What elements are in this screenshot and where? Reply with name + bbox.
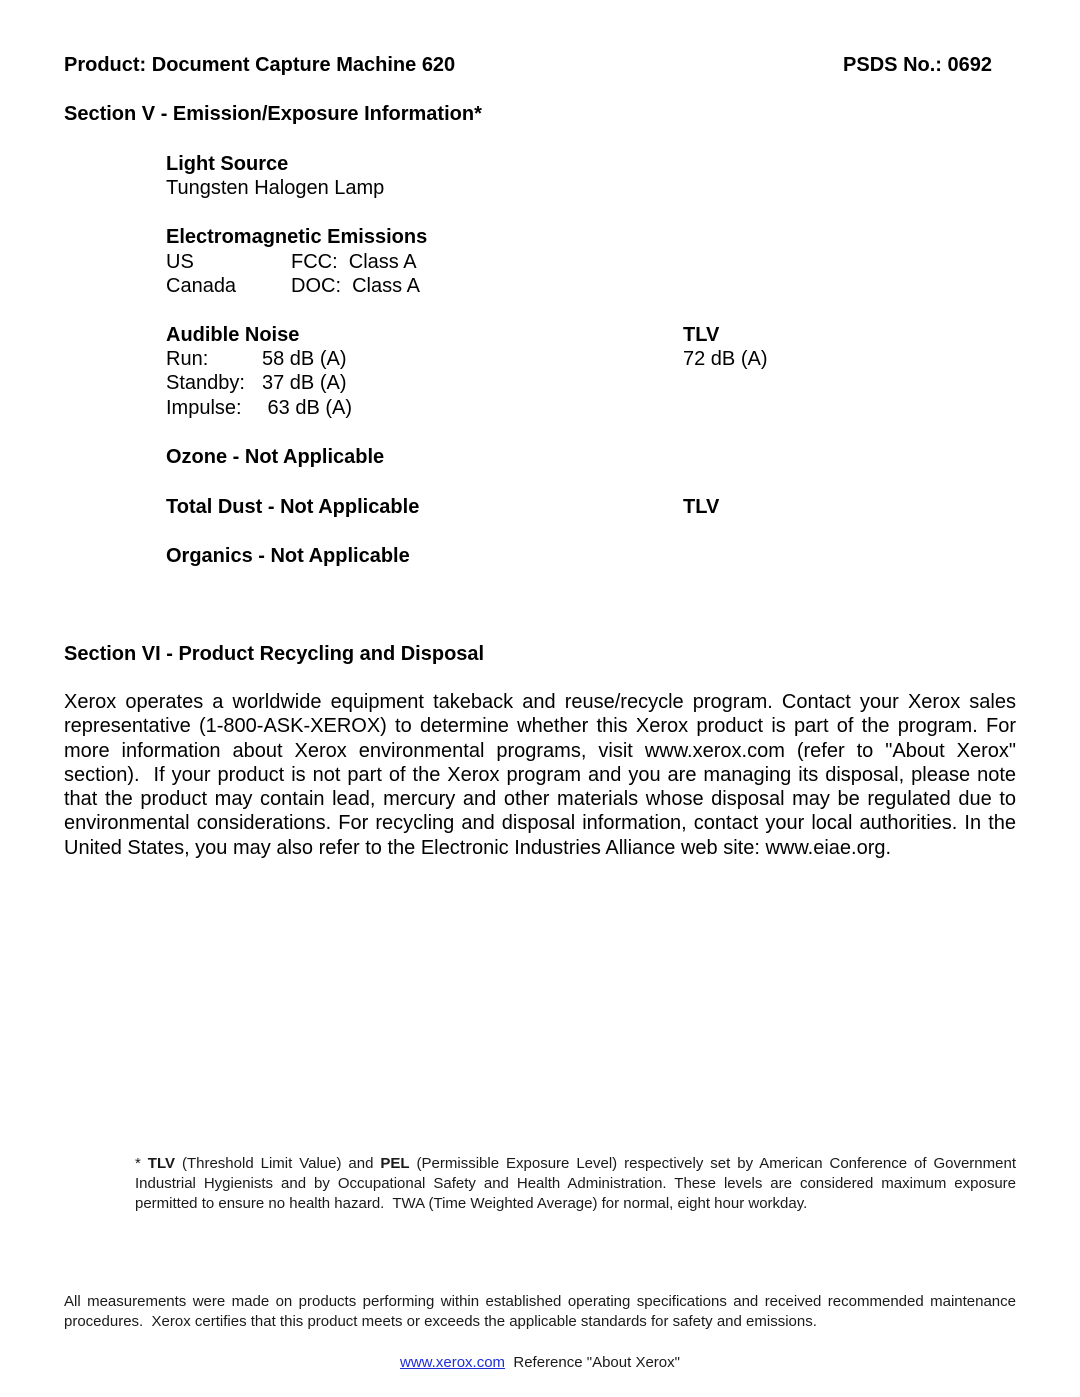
- noise-impulse-label: Impulse:: [166, 396, 242, 420]
- noise-tlv-value: 72 dB (A): [683, 347, 767, 371]
- em-row-us-class: FCC: Class A: [291, 250, 417, 274]
- noise-standby-label: Standby:: [166, 371, 245, 395]
- ozone-heading: Ozone - Not Applicable: [166, 445, 384, 469]
- xerox-link[interactable]: www.xerox.com: [400, 1354, 505, 1371]
- footnote-tlv-term: TLV: [148, 1155, 175, 1172]
- noise-tlv-heading: TLV: [683, 323, 719, 347]
- footer-reference: www.xerox.com Reference "About Xerox": [0, 1353, 1080, 1373]
- footnote-asterisk: *: [135, 1155, 148, 1172]
- footer-reference-text: Reference "About Xerox": [505, 1354, 680, 1371]
- noise-run-label: Run:: [166, 347, 208, 371]
- section-vi-title: Section VI - Product Recycling and Dispo…: [64, 642, 484, 666]
- em-row-canada-region: Canada: [166, 274, 236, 298]
- dust-tlv-heading: TLV: [683, 495, 719, 519]
- organics-heading: Organics - Not Applicable: [166, 544, 410, 568]
- noise-heading: Audible Noise: [166, 323, 299, 347]
- product-title: Product: Document Capture Machine 620: [64, 53, 455, 77]
- noise-run-value: 58 dB (A): [262, 347, 346, 371]
- em-row-canada-class: DOC: Class A: [291, 274, 420, 298]
- light-source-heading: Light Source: [166, 152, 288, 176]
- noise-standby-value: 37 dB (A): [262, 371, 346, 395]
- measurement-disclaimer: All measurements were made on products p…: [64, 1292, 1016, 1332]
- light-source-value: Tungsten Halogen Lamp: [166, 176, 384, 200]
- recycling-paragraph: Xerox operates a worldwide equipment tak…: [64, 690, 1016, 860]
- psds-number: PSDS No.: 0692: [843, 53, 992, 77]
- section-v-title: Section V - Emission/Exposure Informatio…: [64, 102, 482, 126]
- footnote-pel-term: PEL: [380, 1155, 409, 1172]
- em-row-us-region: US: [166, 250, 194, 274]
- tlv-footnote: * TLV (Threshold Limit Value) and PEL (P…: [135, 1154, 1016, 1214]
- noise-impulse-value: 63 dB (A): [262, 396, 352, 420]
- dust-heading: Total Dust - Not Applicable: [166, 495, 419, 519]
- footnote-tlv-def: (Threshold Limit Value) and: [175, 1155, 380, 1172]
- em-heading: Electromagnetic Emissions: [166, 225, 427, 249]
